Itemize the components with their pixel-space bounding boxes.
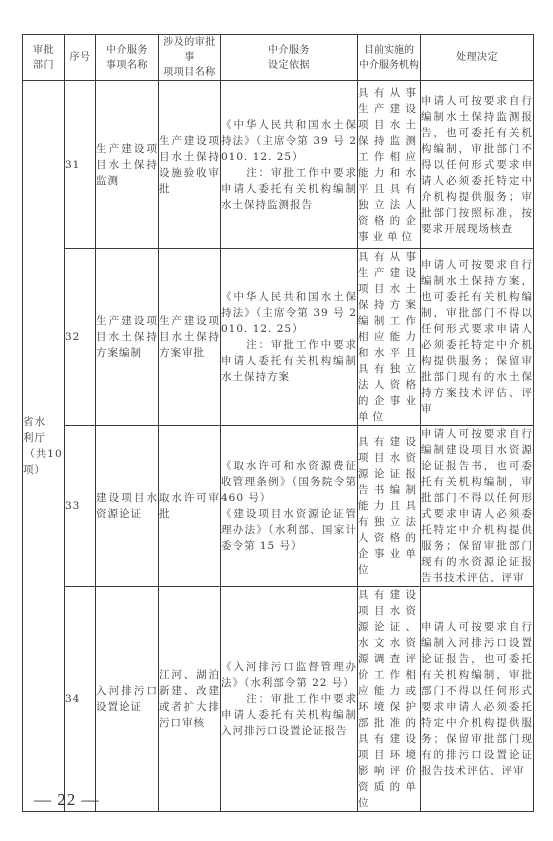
- page-number: — 22 —: [34, 790, 100, 810]
- service-name-cell: 生产建设项目水土保持监测: [96, 81, 159, 249]
- basis-cell: 《中华人民共和国水土保持法》（主席令第 39 号 2010. 12. 25）注：…: [221, 81, 358, 249]
- seq-cell: 32: [65, 249, 96, 426]
- service-name-cell: 生产建设项目水土保持方案编制: [96, 249, 159, 426]
- agency-cell: 具有从事生产建设项目水土保持方案编制工作相应能力和水平且具有独立法人资格的企事业…: [358, 249, 421, 426]
- basis-law: 《中华人民共和国水土保持法》（主席令第 39 号 2010. 12. 25）: [221, 119, 357, 163]
- table-row: 省水 利厅 （共10项） 31 生产建设项目水土保持监测 生产建设项目水土保持设…: [23, 81, 534, 249]
- table-header-row: 审批 部门 序号 中介服务 事项名称 涉及的审批事 项项目名称 中介服务 设定依…: [23, 35, 534, 81]
- agency-cell: 具有从事生产建设项目水土保持监测工作相应能力和水平且具有独立法人资格的企事业单位: [358, 81, 421, 249]
- basis-cell: 《取水许可和水资源费征收管理条例》（国务院令第 460 号）《建设项目水资源论证…: [221, 426, 358, 587]
- table-row: 34 入河排污口设置论证 江河、湖泊新建、改建或者扩大排污口审核 《入河排污口监…: [23, 587, 534, 812]
- seq-cell: 31: [65, 81, 96, 249]
- decision-cell: 申请人可按要求自行编制建设项目水资源论证报告书，也可委托有关机构编制，审批部门不…: [421, 426, 534, 587]
- basis-note: 《建设项目水资源论证管理办法》（水利部、国家计委令第 15 号）: [221, 506, 357, 554]
- table-row: 32 生产建设项目水土保持方案编制 生产建设项目水土保持方案审批 《中华人民共和…: [23, 249, 534, 426]
- intermediary-services-table: 审批 部门 序号 中介服务 事项名称 涉及的审批事 项项目名称 中介服务 设定依…: [22, 34, 534, 812]
- header-service-name: 中介服务 事项名称: [96, 35, 159, 81]
- service-name-cell: 建设项目水资源论证: [96, 426, 159, 587]
- basis-cell: 《中华人民共和国水土保持法》（主席令第 39 号 2010. 12. 25）注：…: [221, 249, 358, 426]
- agency-cell: 具有建设项目水资源论证、水文水资源调查评价工作相应能力或环境保护部批准的具有建设…: [358, 587, 421, 812]
- header-basis: 中介服务 设定依据: [221, 35, 358, 81]
- decision-cell: 申请人可按要求自行编制水土保持监测报告，也可委托有关机构编制，审批部门不得以任何…: [421, 81, 534, 249]
- header-agency: 目前实施的 中介服务机构: [358, 35, 421, 81]
- table-row: 33 建设项目水资源论证 取水许可审批 《取水许可和水资源费征收管理条例》（国务…: [23, 426, 534, 587]
- basis-law: 《入河排污口监督管理办法》（水利部令第 22 号）: [221, 661, 357, 689]
- basis-law: 《中华人民共和国水土保持法》（主席令第 39 号 2010. 12. 25）: [221, 291, 357, 335]
- header-seq: 序号: [65, 35, 96, 81]
- seq-cell: 33: [65, 426, 96, 587]
- seq-cell: 34: [65, 587, 96, 812]
- basis-note: 注：审批工作中要求申请人委托有关机构编制水土保持监测报告: [221, 165, 357, 213]
- approval-item-cell: 取水许可审批: [159, 426, 221, 587]
- header-decision: 处理决定: [421, 35, 534, 81]
- approval-item-cell: 生产建设项目水土保持设施验收审批: [159, 81, 221, 249]
- service-name-cell: 入河排污口设置论证: [96, 587, 159, 812]
- basis-note: 注：审批工作中要求申请人委托有关机构编制入河排污口设置论证报告: [221, 691, 357, 739]
- basis-note: 注：审批工作中要求申请人委托有关机构编制水土保持方案: [221, 337, 357, 385]
- decision-cell: 申请人可按要求自行编制水土保持方案，也可委托有关机构编制，审批部门不得以任何形式…: [421, 249, 534, 426]
- basis-cell: 《入河排污口监督管理办法》（水利部令第 22 号）注：审批工作中要求申请人委托有…: [221, 587, 358, 812]
- header-dept: 审批 部门: [23, 35, 65, 81]
- decision-cell: 申请人可按要求自行编制入河排污口设置论证报告，也可委托有关机构编制，审批部门不得…: [421, 587, 534, 812]
- department-cell: 省水 利厅 （共10项）: [23, 81, 65, 812]
- basis-law: 《取水许可和水资源费征收管理条例》（国务院令第 460 号）: [221, 460, 357, 504]
- header-approval-item: 涉及的审批事 项项目名称: [159, 35, 221, 81]
- agency-cell: 具有建设项目水资源论证报告书编制能力且具有独立法人资格的企事业单位: [358, 426, 421, 587]
- approval-item-cell: 生产建设项目水土保持方案审批: [159, 249, 221, 426]
- approval-item-cell: 江河、湖泊新建、改建或者扩大排污口审核: [159, 587, 221, 812]
